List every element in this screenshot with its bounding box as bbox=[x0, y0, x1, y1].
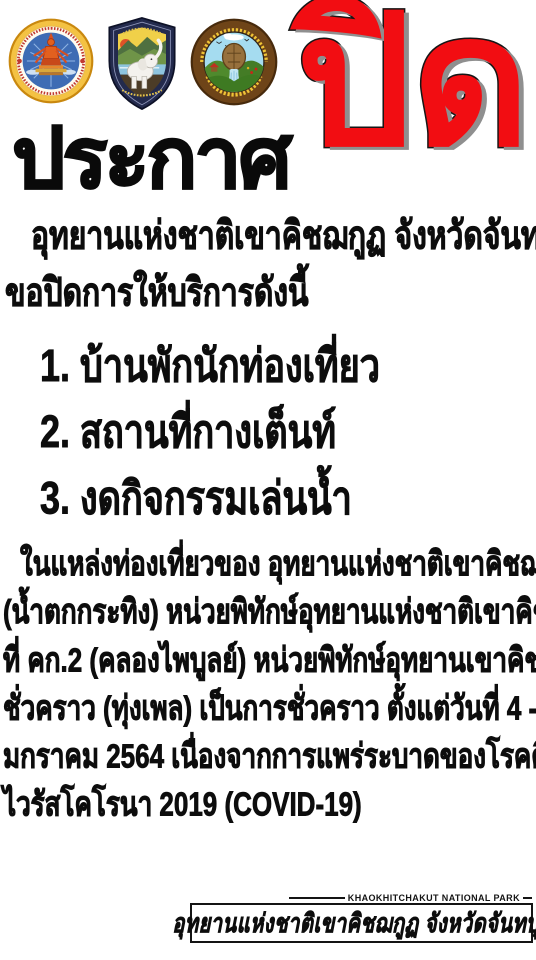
closure-announcement-poster: ปิด ประกาศ อุทยานแห่งชาติเขาคิชฌกูฏ จังห… bbox=[0, 0, 536, 960]
paragraph-line-3: ที่ คก.2 (คลองไพบูลย์) หน่วยพิทักษ์อุทยา… bbox=[3, 636, 536, 684]
intro-line-2: ขอปิดการให้บริการดังนี้ bbox=[5, 265, 536, 322]
closed-services-list: 1. บ้านพักนักท่องเที่ยว 2. สถานที่กางเต็… bbox=[40, 332, 380, 531]
list-item-3: 3. งดกิจกรรมเล่นน้ำ bbox=[40, 465, 380, 531]
paragraph-line-2: (น้ำตกกระทิง) หน่วยพิทักษ์อุทยานแห่งชาติ… bbox=[3, 588, 536, 636]
paragraph-line-5: มกราคม 2564 เนื่องจากการแพร่ระบาดของโรคต… bbox=[3, 732, 536, 780]
logo-row bbox=[8, 16, 278, 111]
intro-paragraph: อุทยานแห่งชาติเขาคิชฌกูฏ จังหวัดจันทบุรี… bbox=[5, 208, 536, 322]
announcement-headline: ประกาศ bbox=[12, 116, 289, 200]
paragraph-line-4: ชั่วคราว (ทุ่งเพล) เป็นการชั่วคราว ตั้งแ… bbox=[3, 684, 536, 732]
park-stamp-box: KHAOKHITCHAKUT NATIONAL PARK อุทยานแห่งช… bbox=[190, 903, 533, 943]
paragraph-line-6: ไวรัสโคโรนา 2019 (COVID-19) bbox=[3, 781, 536, 829]
elephant-shield-badge-logo bbox=[99, 16, 185, 111]
stamp-label-right-line bbox=[523, 897, 532, 899]
intro-line-1: อุทยานแห่งชาติเขาคิชฌกูฏ จังหวัดจันทบุรี bbox=[5, 208, 536, 265]
list-item-1: 1. บ้านพักนักท่องเที่ยว bbox=[40, 332, 380, 398]
dnp-department-seal-logo bbox=[8, 16, 94, 106]
closed-headline: ปิด bbox=[296, 0, 530, 177]
paragraph-line-1: ในแหล่งท่องเที่ยวของ อุทยานแห่งชาติเขาคิ… bbox=[3, 540, 536, 588]
stamp-park-name: อุทยานแห่งชาติเขาคิชฌกูฏ จังหวัดจันทบุรี bbox=[172, 902, 536, 944]
stamp-label-left-line bbox=[289, 897, 345, 899]
closure-details-paragraph: ในแหล่งท่องเที่ยวของ อุทยานแห่งชาติเขาคิ… bbox=[3, 540, 536, 829]
khao-khitchakut-park-emblem-logo bbox=[190, 16, 278, 108]
list-item-2: 2. สถานที่กางเต็นท์ bbox=[40, 398, 380, 464]
